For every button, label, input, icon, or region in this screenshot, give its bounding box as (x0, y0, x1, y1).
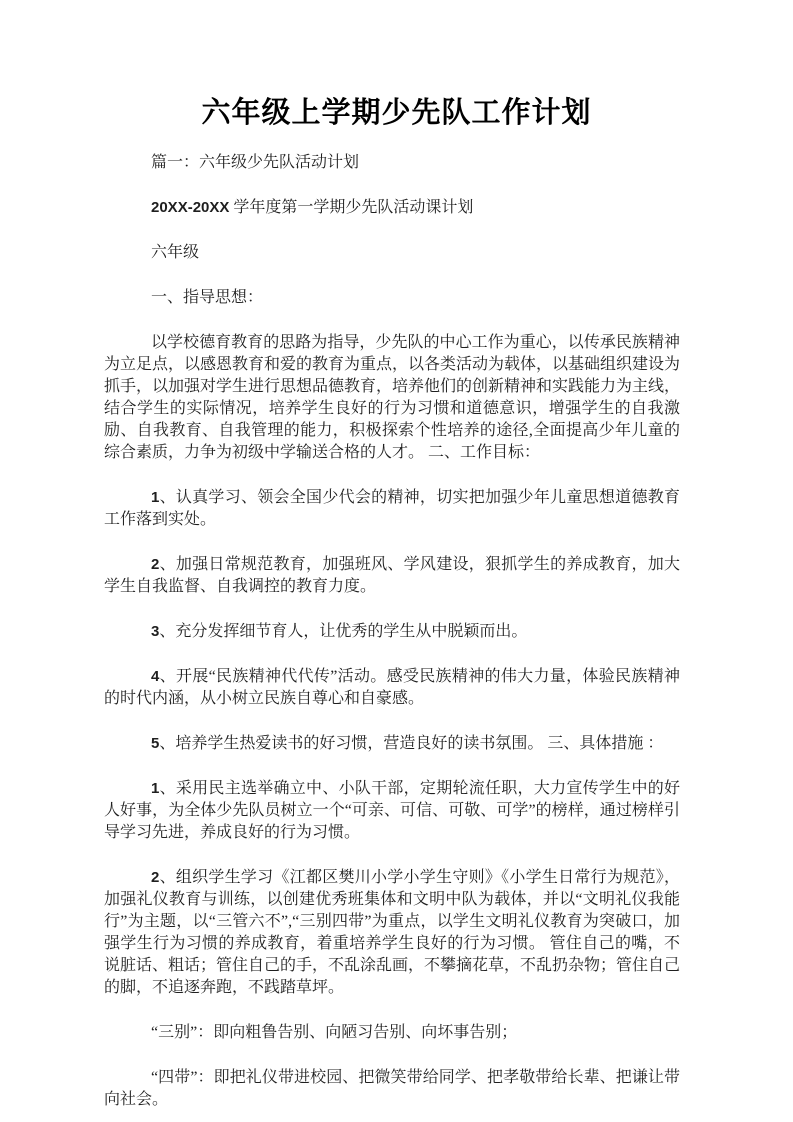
text-run: 六年级 (151, 244, 199, 261)
paragraph: 篇一：六年级少先队活动计划 (104, 152, 680, 174)
paragraph: 20XX-20XX 学年度第一学期少先队活动课计划 (104, 197, 680, 219)
text-run: 、加强日常规范教育，加强班风、学风建设，狠抓学生的养成教育，加大学生自我监督、自… (104, 556, 680, 595)
document-title: 六年级上学期少先队工作计划 (0, 0, 793, 132)
paragraph: “三别”：即向粗鲁告别、向陋习告别、向坏事告别； (104, 1022, 680, 1044)
text-run: 、充分发挥细节育人，让优秀的学生从中脱颖而出。 (159, 623, 527, 640)
text-run: 、采用民主选举确立中、小队干部，定期轮流任职，大力宣传学生中的好人好事，为全体少… (104, 780, 680, 841)
paragraph: 2、加强日常规范教育，加强班风、学风建设，狠抓学生的养成教育，加大学生自我监督、… (104, 554, 680, 598)
text-run: 、培养学生热爱读书的好习惯，营造良好的读书氛围。 三、具体措施 ： (159, 735, 663, 752)
paragraph: 5、培养学生热爱读书的好习惯，营造良好的读书氛围。 三、具体措施 ： (104, 733, 680, 755)
text-run: “三别”：即向粗鲁告别、向陋习告别、向坏事告别； (151, 1024, 517, 1041)
text-run: 一、指导思想： (151, 289, 263, 306)
text-run: “四带”：即把礼仪带进校园、把微笑带给同学、把孝敬带给长辈、把谦让带向社会。 (104, 1069, 680, 1108)
text-run: 、组织学生学习《江都区樊川小学小学生守则》《小学生日常行为规范》，加强礼仪教育与… (104, 869, 680, 996)
paragraph: 3、充分发挥细节育人，让优秀的学生从中脱颖而出。 (104, 621, 680, 643)
paragraph: 1、认真学习、领会全国少代会的精神，切实把加强少年儿童思想道德教育工作落到实处。 (104, 487, 680, 531)
document-body: 篇一：六年级少先队活动计划20XX-20XX 学年度第一学期少先队活动课计划六年… (104, 152, 680, 1111)
paragraph: 一、指导思想： (104, 287, 680, 309)
text-run: 学年度第一学期少先队活动课计划 (229, 199, 473, 216)
paragraph: 六年级 (104, 242, 680, 264)
paragraph: 以学校德育教育的思路为指导，少先队的中心工作为重心，以传承民族精神为立足点，以感… (104, 332, 680, 464)
paragraph: “四带”：即把礼仪带进校园、把微笑带给同学、把孝敬带给长辈、把谦让带向社会。 (104, 1067, 680, 1111)
paragraph: 4、开展“民族精神代代传”活动。感受民族精神的伟大力量，体验民族精神的时代内涵，… (104, 666, 680, 710)
text-run: 以学校德育教育的思路为指导，少先队的中心工作为重心，以传承民族精神为立足点，以感… (104, 334, 680, 461)
paragraph: 2、组织学生学习《江都区樊川小学小学生守则》《小学生日常行为规范》，加强礼仪教育… (104, 867, 680, 999)
text-run: 、开展“民族精神代代传”活动。感受民族精神的伟大力量，体验民族精神的时代内涵，从… (104, 668, 680, 707)
document-page: 六年级上学期少先队工作计划 篇一：六年级少先队活动计划20XX-20XX 学年度… (0, 0, 793, 1122)
text-run: 、认真学习、领会全国少代会的精神，切实把加强少年儿童思想道德教育工作落到实处。 (104, 489, 680, 528)
paragraph: 1、采用民主选举确立中、小队干部，定期轮流任职，大力宣传学生中的好人好事，为全体… (104, 778, 680, 844)
text-run: 20XX-20XX (151, 199, 229, 216)
text-run: 篇一：六年级少先队活动计划 (151, 154, 359, 171)
